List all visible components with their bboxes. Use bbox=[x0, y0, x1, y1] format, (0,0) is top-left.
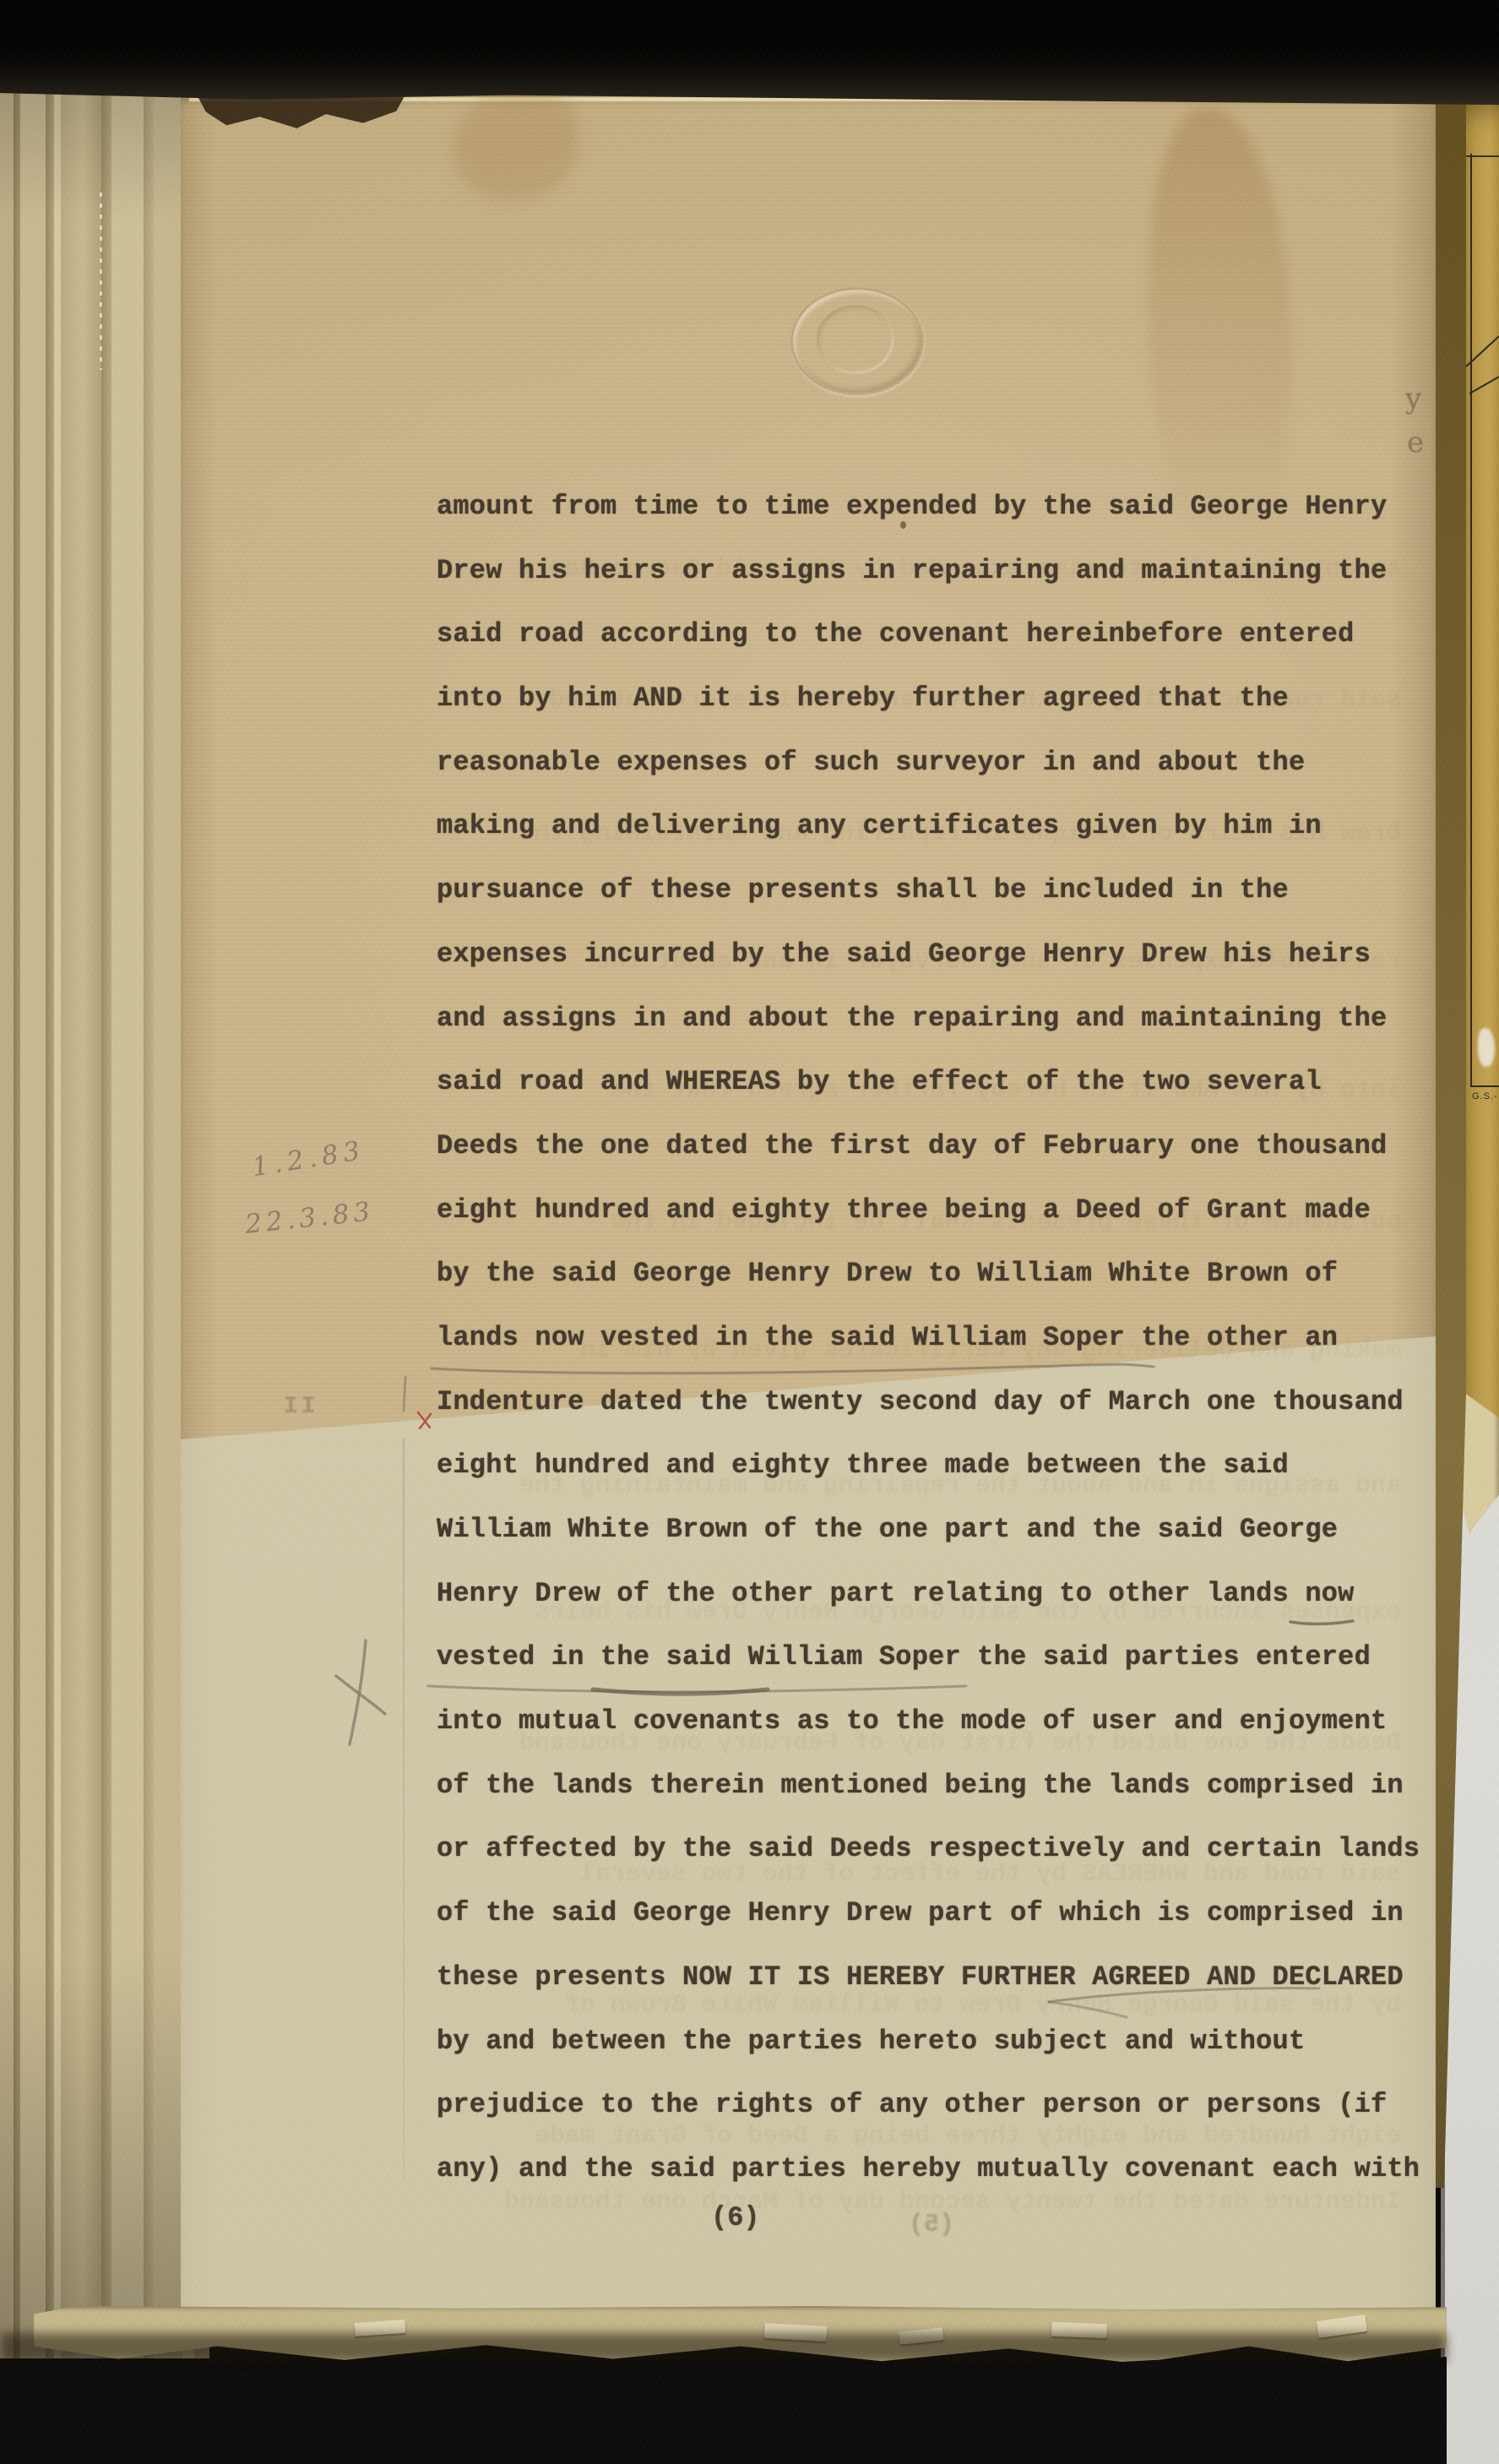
typed-line: of the lands therein mentioned being the… bbox=[437, 1754, 1433, 1818]
embossed-seal bbox=[790, 287, 924, 395]
typed-line: Deeds the one dated the first day of Feb… bbox=[437, 1114, 1433, 1178]
bottom-shadow bbox=[0, 2333, 1447, 2362]
typed-line: eight hundred and eighty three made betw… bbox=[437, 1433, 1433, 1498]
bleedthrough-page-number: (5) bbox=[909, 2211, 954, 2239]
typed-line: Indenture dated the twenty second day of… bbox=[437, 1370, 1433, 1434]
typed-line: eight hundred and eighty three being a D… bbox=[437, 1178, 1433, 1243]
typed-line: and assigns in and about the repairing a… bbox=[437, 987, 1433, 1051]
typed-line: into mutual covenants as to the mode of … bbox=[437, 1689, 1433, 1754]
typed-line: or affected by the said Deeds respective… bbox=[437, 1817, 1433, 1881]
bleedthrough-numeral: II bbox=[280, 1394, 316, 1420]
showthrough-letter: y bbox=[1405, 382, 1421, 416]
typed-line: these presents NOW IT IS HEREBY FURTHER … bbox=[437, 1945, 1433, 2010]
typed-line: lands now vested in the said William Sop… bbox=[437, 1306, 1433, 1370]
binding-bottom-band bbox=[0, 2357, 1447, 2464]
typed-line: amount from time to time expended by the… bbox=[437, 475, 1433, 539]
typed-line: any) and the said parties hereby mutuall… bbox=[437, 2137, 1433, 2201]
showthrough-letter: e bbox=[1407, 426, 1424, 460]
typed-line: by and between the parties hereto subjec… bbox=[437, 2010, 1433, 2074]
paper-specks bbox=[100, 193, 102, 370]
paper-flake bbox=[1478, 1028, 1495, 1067]
typed-line: Drew his heirs or assigns in repairing a… bbox=[437, 539, 1433, 603]
typed-line: William White Brown of the one part and … bbox=[437, 1498, 1433, 1562]
embossed-seal-crest bbox=[817, 305, 894, 374]
typed-line: by the said George Henry Drew to William… bbox=[437, 1242, 1433, 1306]
binding-top-band bbox=[0, 0, 1499, 108]
map-plan-lines bbox=[1461, 95, 1499, 1438]
typed-line: expenses incurred by the said George Hen… bbox=[437, 922, 1433, 987]
page-edges-shading bbox=[0, 84, 209, 2358]
typed-line: said road according to the covenant here… bbox=[437, 602, 1433, 666]
document-page: amount from time to time expended by the… bbox=[181, 95, 1436, 2314]
scanned-deed-page: G.S.- amount from time to time expended … bbox=[0, 0, 1499, 2464]
paper-crease bbox=[403, 1438, 405, 2181]
typed-text-block: amount from time to time expended by the… bbox=[437, 475, 1433, 2201]
map-caption-text: G.S.- bbox=[1472, 1091, 1498, 1101]
typed-line: prejudice to the rights of any other per… bbox=[437, 2073, 1433, 2137]
typed-line: said road and WHEREAS by the effect of t… bbox=[437, 1050, 1433, 1114]
typed-line: making and delivering any certificates g… bbox=[437, 794, 1433, 858]
typed-line: vested in the said William Soper the sai… bbox=[437, 1625, 1433, 1689]
typed-line: Henry Drew of the other part relating to… bbox=[437, 1562, 1433, 1626]
page-number: (6) bbox=[711, 2202, 760, 2233]
typed-line: into by him AND it is hereby further agr… bbox=[437, 666, 1433, 731]
typed-line: of the said George Henry Drew part of wh… bbox=[437, 1881, 1433, 1945]
typed-line: reasonable expenses of such surveyor in … bbox=[437, 731, 1433, 795]
typed-line: pursuance of these presents shall be inc… bbox=[437, 858, 1433, 922]
neighbor-map-page-edge: G.S.- bbox=[1461, 95, 1499, 1438]
